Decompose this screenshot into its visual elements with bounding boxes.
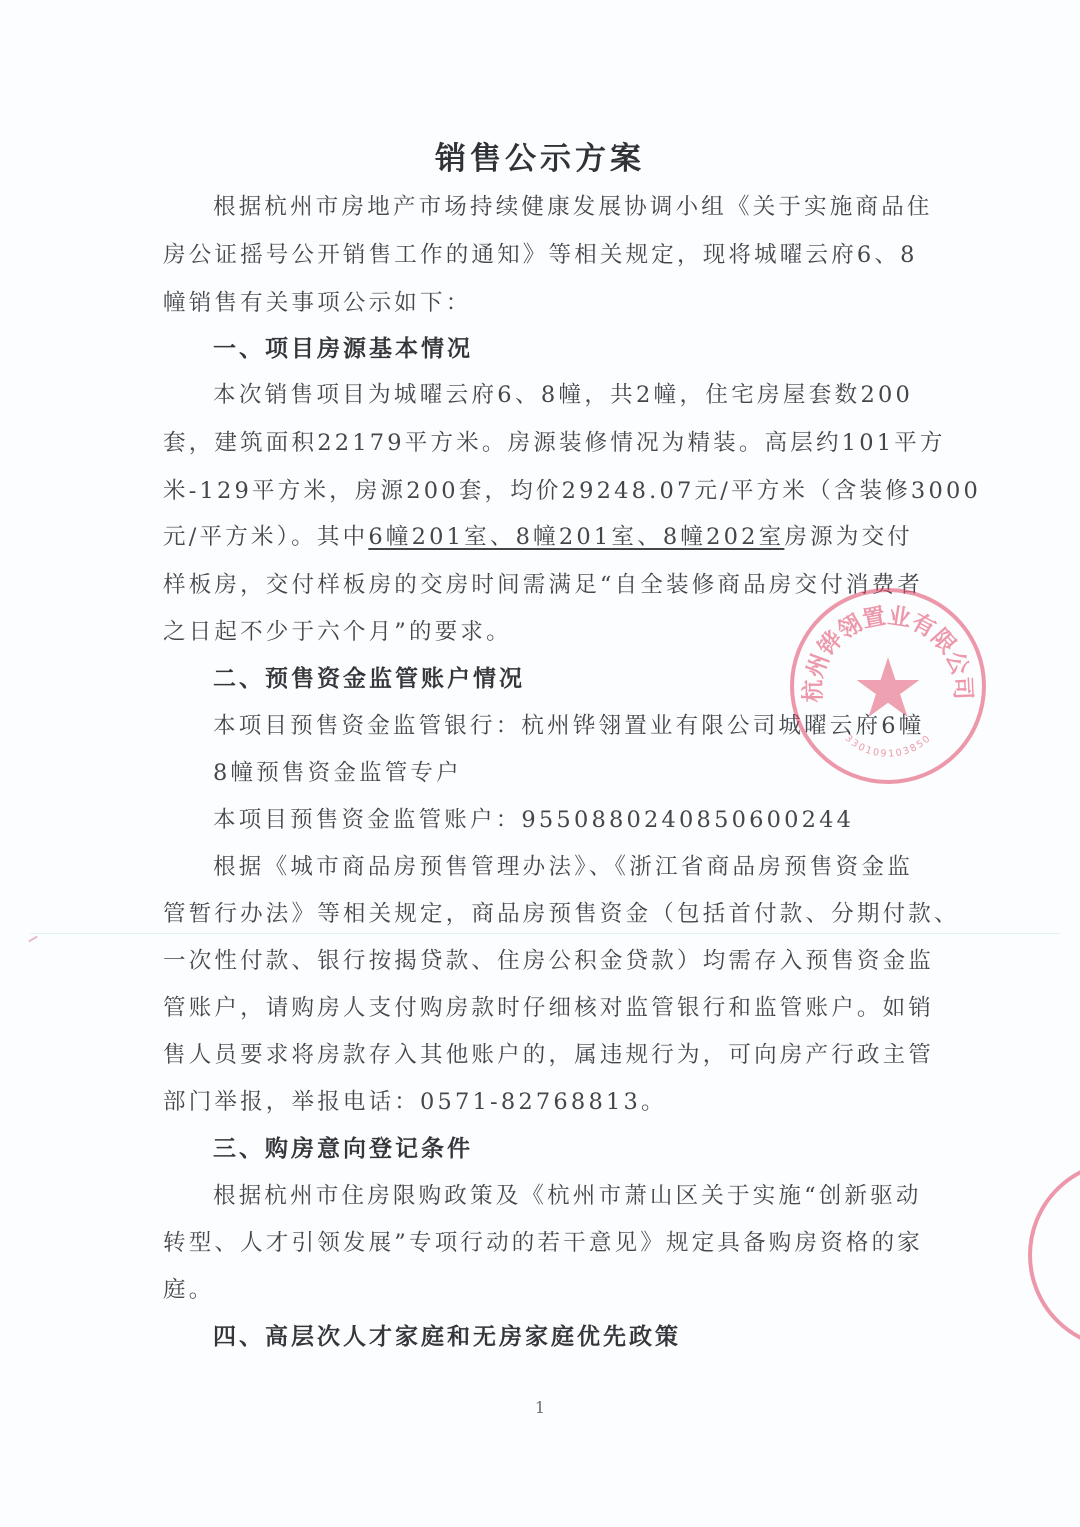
section-1-line-2: 套，建筑面积22179平方米。房源装修情况为精装。高层约101平方 <box>163 428 913 458</box>
section-1-line-3: 米-129平方米，房源200套，均价29248.07元/平方米（含装修3000 <box>163 476 913 506</box>
section-3-heading: 三、购房意向登记条件 <box>213 1134 473 1164</box>
page-number: 1 <box>0 1398 1080 1417</box>
section-3-line-3: 庭。 <box>163 1275 913 1305</box>
section-2-line-2: 管暂行办法》等相关规定，商品房预售资金（包括首付款、分期付款、 <box>163 899 913 929</box>
sample-room-units: 6幢201室、8幢201室、8幢202室 <box>368 524 784 550</box>
intro-line-1: 根据杭州市房地产市场持续健康发展协调小组《关于实施商品住 <box>213 192 913 222</box>
section-2-line-1: 根据《城市商品房预售管理办法》、《浙江省商品房预售资金监 <box>213 852 913 882</box>
supervision-bank-line-2: 8幢预售资金监管专户 <box>213 758 913 788</box>
supervision-account-line: 本项目预售资金监管账户：9550880240850600244 <box>213 805 913 835</box>
section-1-line-1: 本次销售项目为城曜云府6、8幢，共2幢，住宅房屋套数200 <box>213 380 913 410</box>
section-1-heading: 一、项目房源基本情况 <box>213 334 473 364</box>
section-2-line-3: 一次性付款、银行按揭贷款、住房公积金贷款）均需存入预售资金监 <box>163 946 913 976</box>
intro-line-2: 房公证摇号公开销售工作的通知》等相关规定，现将城曜云府6、8 <box>163 240 913 270</box>
intro-line-3: 幢销售有关事项公示如下： <box>163 288 913 318</box>
section-3-line-1: 根据杭州市住房限购政策及《杭州市萧山区关于实施“创新驱动 <box>213 1181 913 1211</box>
section-2-heading: 二、预售资金监管账户情况 <box>213 664 525 694</box>
supervision-account-number: 9550880240850600244 <box>521 807 854 833</box>
scan-artifact-line <box>30 933 1060 934</box>
partial-seal-stamp <box>1028 1160 1080 1350</box>
document-page: 销售公示方案 根据杭州市房地产市场持续健康发展协调小组《关于实施商品住 房公证摇… <box>0 0 1080 1527</box>
section-2-line-6: 部门举报，举报电话：0571-82768813。 <box>163 1087 913 1117</box>
scan-artifact-mark <box>28 936 38 943</box>
section-1-line-5: 样板房，交付样板房的交房时间需满足“自全装修商品房交付消费者 <box>163 570 913 600</box>
section-1-line-4-end: 房源为交付 <box>784 524 913 550</box>
section-1-line-4: 元/平方米）。其中6幢201室、8幢201室、8幢202室房源为交付 <box>163 522 913 552</box>
section-4-heading: 四、高层次人才家庭和无房家庭优先政策 <box>213 1322 681 1352</box>
supervision-bank-line-1: 本项目预售资金监管银行：杭州铧翎置业有限公司城曜云府6幢 <box>213 711 913 741</box>
section-2-line-4: 管账户，请购房人支付购房款时仔细核对监管银行和监管账户。如销 <box>163 993 913 1023</box>
supervision-account-label: 本项目预售资金监管账户： <box>213 807 521 833</box>
section-1-line-4-start: 元/平方米）。其中 <box>163 524 368 550</box>
section-2-line-5: 售人员要求将房款存入其他账户的，属违规行为，可向房产行政主管 <box>163 1040 913 1070</box>
section-1-line-6: 之日起不少于六个月”的要求。 <box>163 617 913 647</box>
section-3-line-2: 转型、人才引领发展”专项行动的若干意见》规定具备购房资格的家 <box>163 1228 913 1258</box>
document-title: 销售公示方案 <box>0 133 1080 178</box>
